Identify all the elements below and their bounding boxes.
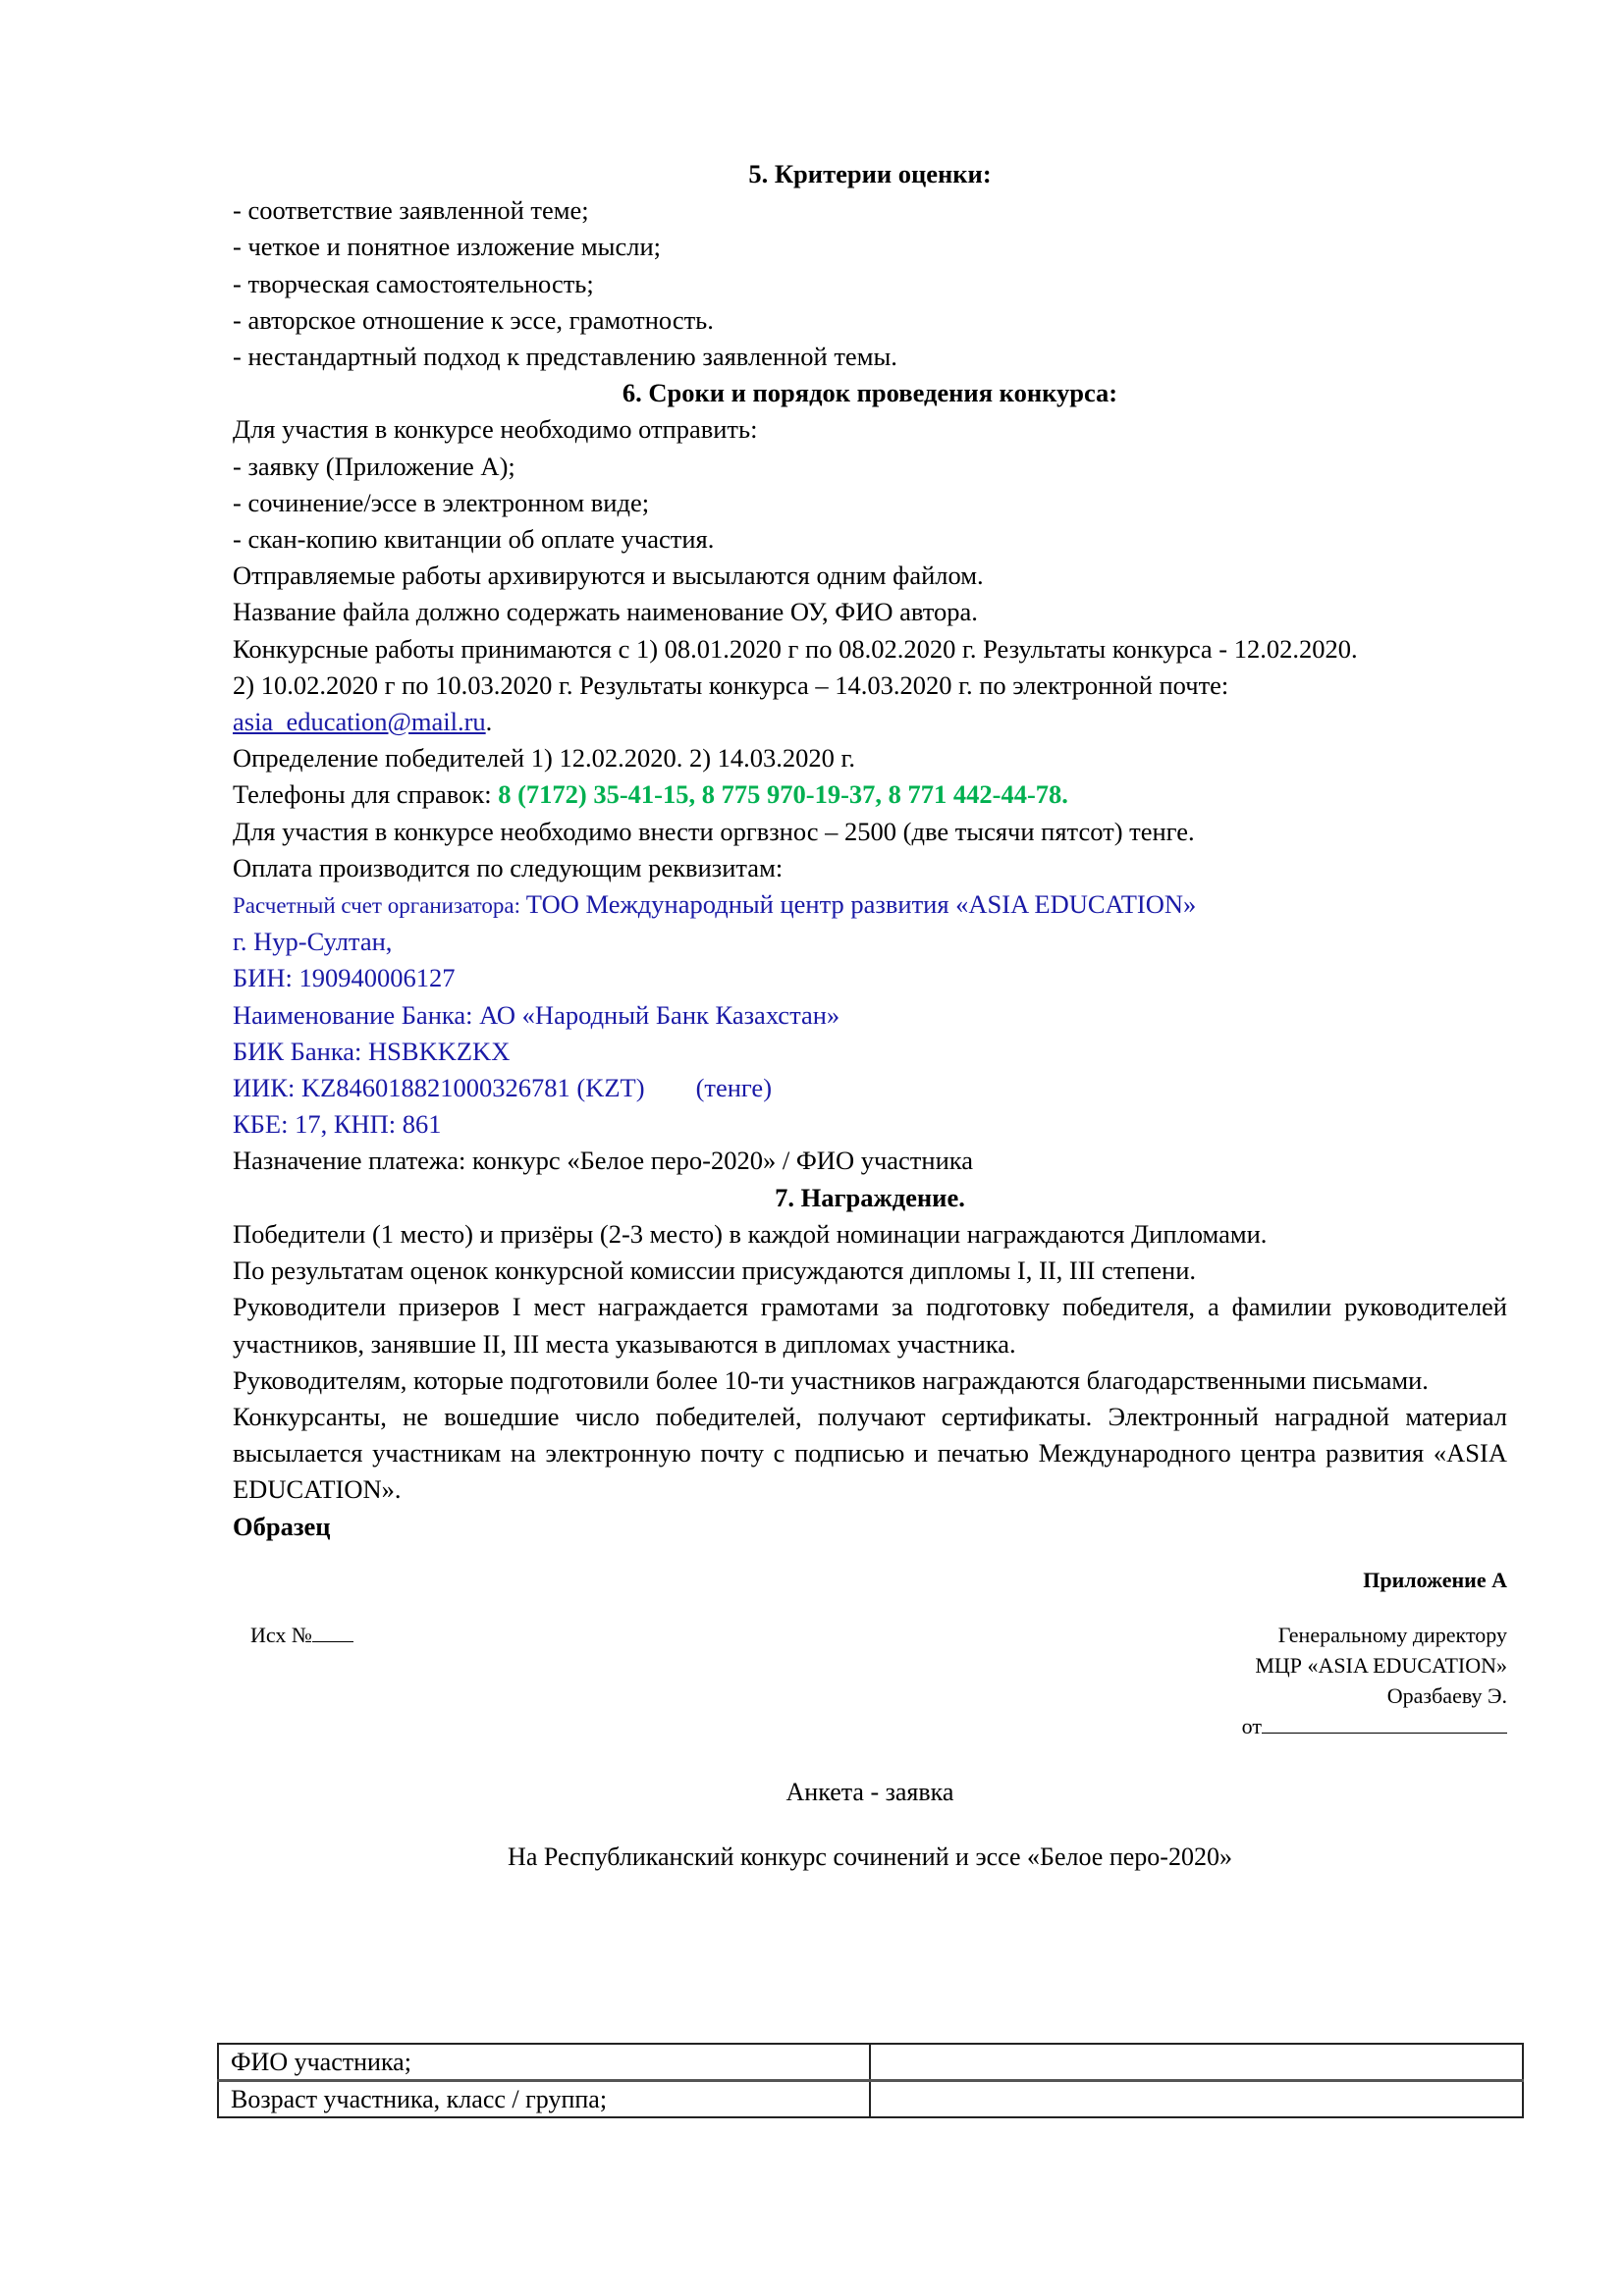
bank-details: Расчетный счет организатора: ТОО Междуна… xyxy=(233,886,1507,1143)
bank-account-value: ТОО Международный центр развития «ASIA E… xyxy=(526,889,1197,919)
recipient-block: Генеральному директору МЦР «ASIA EDUCATI… xyxy=(1242,1620,1507,1741)
from-label: от xyxy=(1242,1714,1262,1738)
submission-intro: Для участия в конкурсе необходимо отправ… xyxy=(233,411,1507,448)
table-row: Возраст участника, класс / группа; xyxy=(218,2081,1523,2118)
criteria-item: - творческая самостоятельность; xyxy=(233,266,1507,302)
bank-name: Наименование Банка: АО «Народный Банк Ка… xyxy=(233,997,1507,1034)
phones-label: Телефоны для справок: xyxy=(233,779,498,809)
table-cell-label: ФИО участника; xyxy=(218,2044,870,2081)
criteria-item: - нестандартный подход к представлению з… xyxy=(233,339,1507,375)
award-paragraph: Победители (1 место) и призёры (2-3 мест… xyxy=(233,1216,1507,1253)
from-line: от xyxy=(1242,1711,1507,1741)
bank-iik-currency: (тенге) xyxy=(696,1073,772,1102)
archive-note: Отправляемые работы архивируются и высыл… xyxy=(233,558,1507,594)
section-6-heading: 6. Сроки и порядок проведения конкурса: xyxy=(233,375,1507,411)
email-line: asia_education@mail.ru. xyxy=(233,704,1507,740)
form-subtitle: На Республиканский конкурс сочинений и э… xyxy=(233,1838,1507,1877)
recipient-line: Генеральному директору xyxy=(1242,1620,1507,1650)
bank-iik: ИИК: KZ846018821000326781 (KZT)(тенге) xyxy=(233,1070,1507,1106)
form-title: Анкета - заявка xyxy=(233,1773,1507,1812)
bank-account-line: Расчетный счет организатора: ТОО Междуна… xyxy=(233,886,1507,924)
letter-header: Исх № Генеральному директору МЦР «ASIA E… xyxy=(233,1620,1507,1747)
application-form-table: ФИО участника; Возраст участника, класс … xyxy=(217,2043,1524,2118)
recipient-line: Оразбаеву Э. xyxy=(1242,1681,1507,1711)
winners-date: Определение победителей 1) 12.02.2020. 2… xyxy=(233,740,1507,776)
outgoing-number: Исх № xyxy=(250,1620,353,1650)
table-cell-label: Возраст участника, класс / группа; xyxy=(218,2081,870,2118)
table-row: ФИО участника; xyxy=(218,2044,1523,2081)
award-paragraph: Руководители призеров I мест награждаетс… xyxy=(233,1289,1507,1362)
bank-kbe: КБЕ: 17, КНП: 861 xyxy=(233,1106,1507,1143)
payment-intro: Оплата производится по следующим реквизи… xyxy=(233,850,1507,886)
bank-city: г. Нур-Султан, xyxy=(233,924,1507,960)
from-blank xyxy=(1262,1711,1507,1734)
email-link[interactable]: asia_education@mail.ru xyxy=(233,707,486,736)
bank-account-label: Расчетный счет организатора: xyxy=(233,893,526,918)
criteria-item: - авторское отношение к эссе, грамотност… xyxy=(233,302,1507,339)
recipient-line: МЦР «ASIA EDUCATION» xyxy=(1242,1650,1507,1681)
period-2: 2) 10.02.2020 г по 10.03.2020 г. Результ… xyxy=(233,667,1507,704)
table-cell-value[interactable] xyxy=(870,2081,1523,2118)
phone-numbers: 8 (7172) 35-41-15, 8 775 970-19-37, 8 77… xyxy=(498,779,1068,809)
criteria-item: - соответствие заявленной теме; xyxy=(233,192,1507,229)
bank-iik-value: ИИК: KZ846018821000326781 (KZT) xyxy=(233,1073,645,1102)
award-paragraph: Конкурсанты, не вошедшие число победител… xyxy=(233,1399,1507,1509)
submission-item: - сочинение/эссе в электронном виде; xyxy=(233,485,1507,521)
fee-note: Для участия в конкурсе необходимо внести… xyxy=(233,814,1507,850)
section-7-heading: 7. Награждение. xyxy=(233,1180,1507,1216)
appendix-label: Приложение А xyxy=(233,1567,1507,1594)
criteria-item: - четкое и понятное изложение мысли; xyxy=(233,229,1507,265)
submission-item: - скан-копию квитанции об оплате участия… xyxy=(233,521,1507,558)
submission-item: - заявку (Приложение А); xyxy=(233,449,1507,485)
outgoing-label: Исх № xyxy=(250,1623,312,1647)
period-1: Конкурсные работы принимаются с 1) 08.01… xyxy=(233,631,1507,667)
award-paragraph: Руководителям, которые подготовили более… xyxy=(233,1362,1507,1399)
phones-line: Телефоны для справок: 8 (7172) 35-41-15,… xyxy=(233,776,1507,813)
document-page: 5. Критерии оценки: - соответствие заявл… xyxy=(233,156,1507,1902)
payment-purpose: Назначение платежа: конкурс «Белое перо-… xyxy=(233,1143,1507,1179)
bank-bik: БИК Банка: HSBKKZKX xyxy=(233,1034,1507,1070)
outgoing-number-blank xyxy=(312,1622,353,1642)
table-cell-value[interactable] xyxy=(870,2044,1523,2081)
award-paragraph: По результатам оценок конкурсной комисси… xyxy=(233,1253,1507,1289)
bank-bin: БИН: 190940006127 xyxy=(233,960,1507,996)
email-suffix: . xyxy=(486,707,493,736)
filename-note: Название файла должно содержать наименов… xyxy=(233,594,1507,630)
sample-label: Образец xyxy=(233,1509,1507,1545)
section-5-heading: 5. Критерии оценки: xyxy=(233,156,1507,192)
